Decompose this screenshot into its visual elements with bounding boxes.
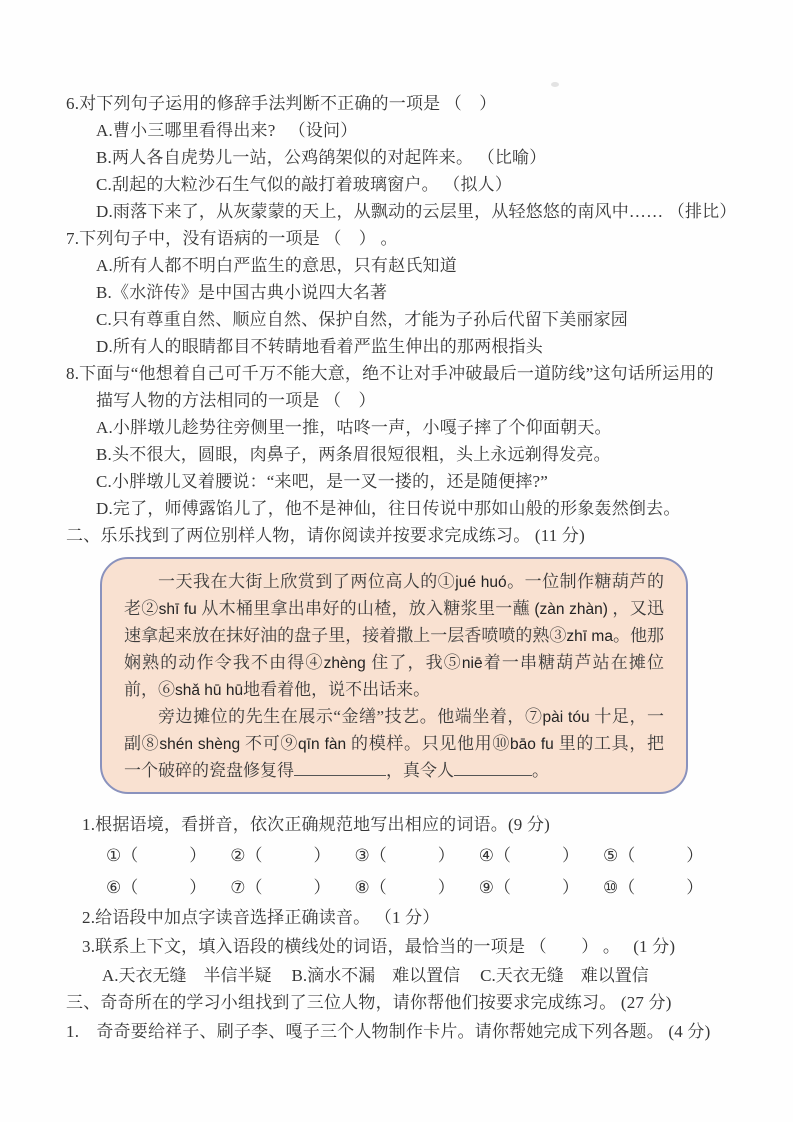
question-6-option-a: A.曹小三哪里看得出来? （设问） <box>66 117 753 144</box>
pinyin-text: shǎ hū hū <box>175 682 243 699</box>
reading-passage-box: 一天我在大街上欣赏到了两位高人的①jué huó。一位制作糖葫芦的老②shī f… <box>100 557 688 794</box>
passage-paragraph-2: 旁边摊位的先生在展示“金缮”技艺。他端坐着，⑦pài tóu 十足，一副⑧shé… <box>124 704 664 784</box>
chinese-text: 住了，我⑤ <box>366 653 462 672</box>
chinese-text: 旁边摊位的先生在展示“金缮”技艺。他端坐着，⑦ <box>158 707 543 726</box>
q3-option-a: A.天衣无缝 半信半疑 <box>102 962 272 989</box>
q3-option-c: C.天衣无缝 难以置信 <box>480 962 649 989</box>
q3-option-b: B.滴水不漏 难以置信 <box>292 962 461 989</box>
pinyin-text: zhèng <box>324 655 366 672</box>
question-7-option-d: D.所有人的眼睛都目不转睛地看着严监生伸出的那两根指头 <box>66 333 753 360</box>
question-8-option-d: D.完了，师傅露馅儿了，他不是神仙，往日传说中那如山般的形象轰然倒去。 <box>66 495 753 522</box>
chinese-text: 地看着他，说不出话来。 <box>243 680 430 699</box>
answer-blank-5: ⑤（ ） <box>603 840 703 872</box>
answer-fill-row-2: ⑥（ ） ⑦（ ） ⑧（ ） ⑨（ ） ⑩（ ） <box>66 872 753 904</box>
sub-question-3: 3.联系上下文，填入语段的横线处的词语，最恰当的一项是 （ ） 。 (1 分) <box>66 932 753 962</box>
chinese-text: 的模样。只见他用⑩ <box>346 734 510 753</box>
question-6-option-b: B.两人各自虎势儿一站，公鸡鹐架似的对起阵来。 （比喻） <box>66 144 753 171</box>
question-8-option-b: B.头不很大，圆眼，肉鼻子，两条眉很短很粗，头上永远剃得发亮。 <box>66 441 753 468</box>
pinyin-text: pài tóu <box>543 709 590 726</box>
question-6-stem: 6.对下列句子运用的修辞手法判断不正确的一项是 （ ） <box>66 90 753 117</box>
exam-content: 6.对下列句子运用的修辞手法判断不正确的一项是 （ ） A.曹小三哪里看得出来?… <box>0 0 793 1047</box>
fill-in-blank-line <box>454 761 532 776</box>
chinese-text: 从木桶里拿出串好的山楂，放入糖浆里一蘸 <box>197 599 535 618</box>
answer-blank-7: ⑦（ ） <box>230 872 330 904</box>
answer-fill-row-1: ①（ ） ②（ ） ③（ ） ④（ ） ⑤（ ） <box>66 840 753 872</box>
answer-blank-9: ⑨（ ） <box>479 872 579 904</box>
pinyin-text: jué huó <box>455 574 506 591</box>
answer-blank-3: ③（ ） <box>355 840 455 872</box>
answer-blank-8: ⑧（ ） <box>355 872 455 904</box>
question-8-stem-line1: 8.下面与“他想着自己可千万不能大意，绝不让对手冲破最后一道防线”这句话所运用的 <box>66 360 753 387</box>
fill-in-blank-line <box>294 761 386 776</box>
exam-page: 6.对下列句子运用的修辞手法判断不正确的一项是 （ ） A.曹小三哪里看得出来?… <box>0 0 793 1122</box>
question-7-option-c: C.只有尊重自然、顺应自然、保护自然，才能为子孙后代留下美丽家园 <box>66 306 753 333</box>
pinyin-text: niē <box>462 655 483 672</box>
question-8-option-a: A.小胖墩儿趁势往旁侧里一推，咕咚一声，小嘎子摔了个仰面朝天。 <box>66 414 753 441</box>
pinyin-text: bāo fu <box>510 736 554 753</box>
answer-blank-6: ⑥（ ） <box>106 872 206 904</box>
answer-blank-2: ②（ ） <box>230 840 330 872</box>
sub-question-3-options: A.天衣无缝 半信半疑 B.滴水不漏 难以置信 C.天衣无缝 难以置信 <box>66 962 753 989</box>
answer-blank-4: ④（ ） <box>479 840 579 872</box>
pinyin-text: shī fu <box>159 601 197 618</box>
pinyin-text: shén shèng <box>159 736 240 753</box>
chinese-text: ，真令人 <box>386 761 454 780</box>
sub-question-2: 2.给语段中加点字读音选择正确读音。 （1 分） <box>66 904 753 932</box>
scan-artifact <box>551 82 559 87</box>
question-6-option-d: D.雨落下来了，从灰蒙蒙的天上，从飘动的云层里，从轻悠悠的南风中…… （排比） <box>66 198 753 225</box>
question-7-option-a: A.所有人都不明白严监生的意思，只有赵氏知道 <box>66 252 753 279</box>
section-3-question-1: 1. 奇奇要给祥子、刷子李、嘎子三个人物制作卡片。请你帮她完成下列各题。 (4 … <box>66 1017 753 1047</box>
chinese-text: 不可⑨ <box>240 734 298 753</box>
section-3-title: 三、奇奇所在的学习小组找到了三位人物，请你帮他们按要求完成练习。 (27 分) <box>66 989 753 1017</box>
passage-paragraph-1: 一天我在大街上欣赏到了两位高人的①jué huó。一位制作糖葫芦的老②shī f… <box>124 569 664 704</box>
pinyin-text: (zàn zhàn) <box>534 601 608 618</box>
chinese-text: 。 <box>532 761 549 780</box>
sub-question-1: 1.根据语境，看拼音，依次正确规范地写出相应的词语。(9 分) <box>66 810 753 840</box>
question-6-option-c: C.刮起的大粒沙石生气似的敲打着玻璃窗户。 （拟人） <box>66 171 753 198</box>
chinese-text: 一天我在大街上欣赏到了两位高人的① <box>158 572 455 591</box>
question-8-stem-line2: 描写人物的方法相同的一项是 （ ） <box>66 387 753 414</box>
question-7-option-b: B.《水浒传》是中国古典小说四大名著 <box>66 279 753 306</box>
pinyin-text: zhī ma <box>566 628 613 645</box>
pinyin-text: qīn fàn <box>298 736 346 753</box>
answer-blank-1: ①（ ） <box>106 840 206 872</box>
question-8-option-c: C.小胖墩儿叉着腰说：“来吧，是一叉一搂的，还是随便摔?” <box>66 468 753 495</box>
answer-blank-10: ⑩（ ） <box>603 872 703 904</box>
question-7-stem: 7.下列句子中，没有语病的一项是 （ ） 。 <box>66 225 753 252</box>
section-2-title: 二、乐乐找到了两位别样人物，请你阅读并按要求完成练习。 (11 分) <box>66 522 753 549</box>
